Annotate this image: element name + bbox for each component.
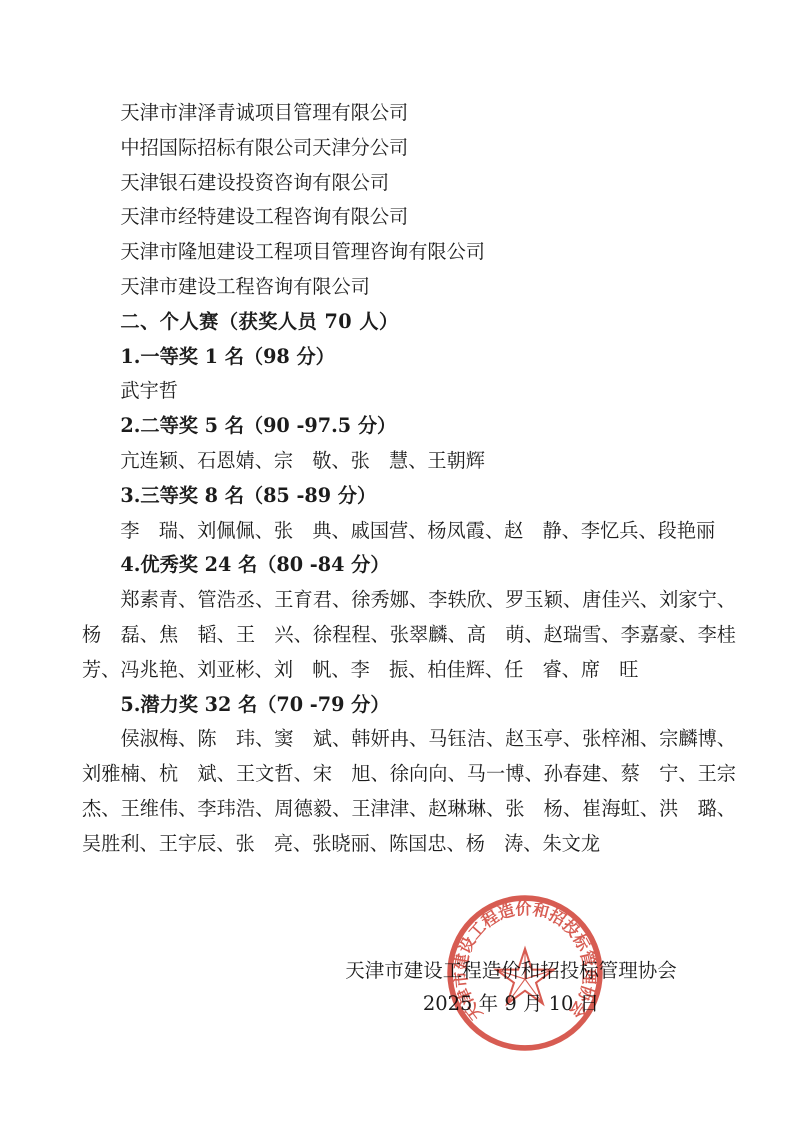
company-name: 中招国际招标有限公司天津分公司 xyxy=(82,131,736,166)
company-name: 天津市建设工程咨询有限公司 xyxy=(82,270,736,305)
award-heading-second-prize: 2.二等奖 5 名（90 -97.5 分） xyxy=(82,409,736,444)
section-heading-individual: 二、个人赛（获奖人员 70 人） xyxy=(82,305,736,340)
award-heading-third-prize: 3.三等奖 8 名（85 -89 分） xyxy=(82,479,736,514)
company-name: 天津市经特建设工程咨询有限公司 xyxy=(82,200,736,235)
award-names-first-prize: 武宇哲 xyxy=(82,374,736,409)
award-heading-potential-prize: 5.潜力奖 32 名（70 -79 分） xyxy=(82,688,736,723)
company-name: 天津银石建设投资咨询有限公司 xyxy=(82,166,736,201)
award-heading-first-prize: 1.一等奖 1 名（98 分） xyxy=(82,340,736,375)
award-names-second-prize: 亢连颖、石恩婧、宗 敬、张 慧、王朝辉 xyxy=(82,444,736,479)
signature-block: 天津市建设工程造价和招投标管理协会 2025 年 9 月 10 日 xyxy=(311,954,711,1020)
award-heading-excellence-prize: 4.优秀奖 24 名（80 -84 分） xyxy=(82,548,736,583)
signature-date: 2025 年 9 月 10 日 xyxy=(311,987,711,1020)
award-names-excellence-prize: 郑素青、管浩丞、王育君、徐秀娜、李轶欣、罗玉颖、唐佳兴、刘家宁、杨 磊、焦 韬、… xyxy=(82,583,736,687)
document-body: 天津市津泽青诚项目管理有限公司 中招国际招标有限公司天津分公司 天津银石建设投资… xyxy=(82,96,736,862)
company-name: 天津市津泽青诚项目管理有限公司 xyxy=(82,96,736,131)
award-names-third-prize: 李 瑞、刘佩佩、张 典、戚国营、杨凤霞、赵 静、李忆兵、段艳丽 xyxy=(82,514,736,549)
company-name: 天津市隆旭建设工程项目管理咨询有限公司 xyxy=(82,235,736,270)
document-page: 天津市津泽青诚项目管理有限公司 中招国际招标有限公司天津分公司 天津银石建设投资… xyxy=(0,0,800,1137)
award-names-potential-prize: 侯淑梅、陈 玮、窦 斌、韩妍冉、马钰洁、赵玉亭、张梓湘、宗麟博、刘雅楠、杭 斌、… xyxy=(82,722,736,861)
signature-organization: 天津市建设工程造价和招投标管理协会 xyxy=(311,954,711,987)
